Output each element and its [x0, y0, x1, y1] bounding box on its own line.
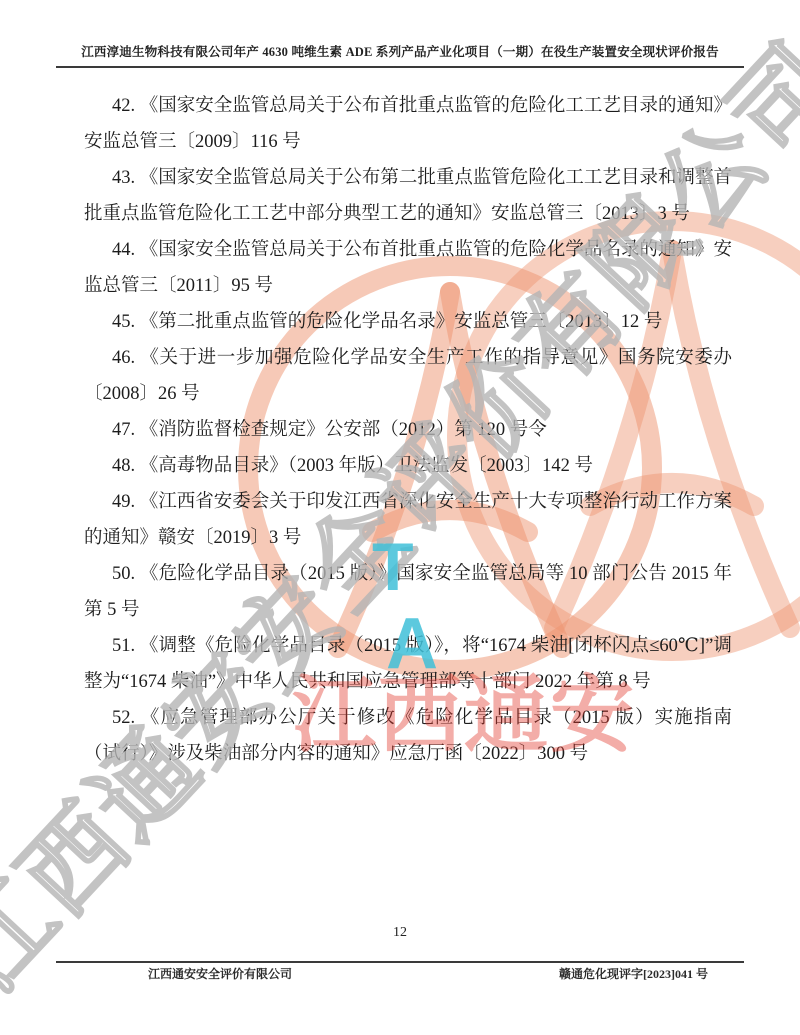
footer-rule [56, 961, 744, 963]
reference-item: 42. 《国家安全监管总局关于公布首批重点监管的危险化工工艺目录的通知》安监总管… [84, 88, 732, 160]
reference-item: 48. 《高毒物品目录》（2003 年版）卫法监发〔2003〕142 号 [84, 448, 732, 484]
reference-item: 45. 《第二批重点监管的危险化学品名录》安监总管三〔2013〕12 号 [84, 304, 732, 340]
reference-item: 46. 《关于进一步加强危险化学品安全生产工作的指导意见》国务院安委办〔2008… [84, 340, 732, 412]
footer-doc-number: 赣通危化现评字[2023]041 号 [559, 965, 708, 982]
reference-list: 42. 《国家安全监管总局关于公布首批重点监管的危险化工工艺目录的通知》安监总管… [84, 88, 732, 772]
reference-item: 49. 《江西省安委会关于印发江西省深化安全生产十大专项整治行动工作方案的通知》… [84, 484, 732, 556]
footer-company-name: 江西通安安全评价有限公司 [148, 965, 292, 982]
reference-item: 43. 《国家安全监管总局关于公布第二批重点监管危险化工工艺目录和调整首批重点监… [84, 160, 732, 232]
report-page: 江西淳迪生物科技有限公司年产 4630 吨维生素 ADE 系列产品产业化项目（一… [0, 0, 800, 1035]
reference-item: 50. 《危险化学品目录（2015 版）》国家安全监管总局等 10 部门公告 2… [84, 556, 732, 628]
reference-item: 44. 《国家安全监管总局关于公布首批重点监管的危险化学品名录的通知》安监总管三… [84, 232, 732, 304]
page-footer: 江西通安安全评价有限公司 赣通危化现评字[2023]041 号 [56, 965, 744, 982]
page-number: 12 [0, 925, 800, 941]
page-header-title: 江西淳迪生物科技有限公司年产 4630 吨维生素 ADE 系列产品产业化项目（一… [56, 42, 744, 60]
reference-item: 51. 《调整《危险化学品目录（2015 版）》，将“1674 柴油[闭杯闪点≤… [84, 628, 732, 700]
header-rule [56, 66, 744, 68]
reference-item: 47. 《消防监督检查规定》公安部（2012）第 120 号令 [84, 412, 732, 448]
reference-item: 52. 《应急管理部办公厅关于修改《危险化学品目录（2015 版）实施指南（试行… [84, 700, 732, 772]
